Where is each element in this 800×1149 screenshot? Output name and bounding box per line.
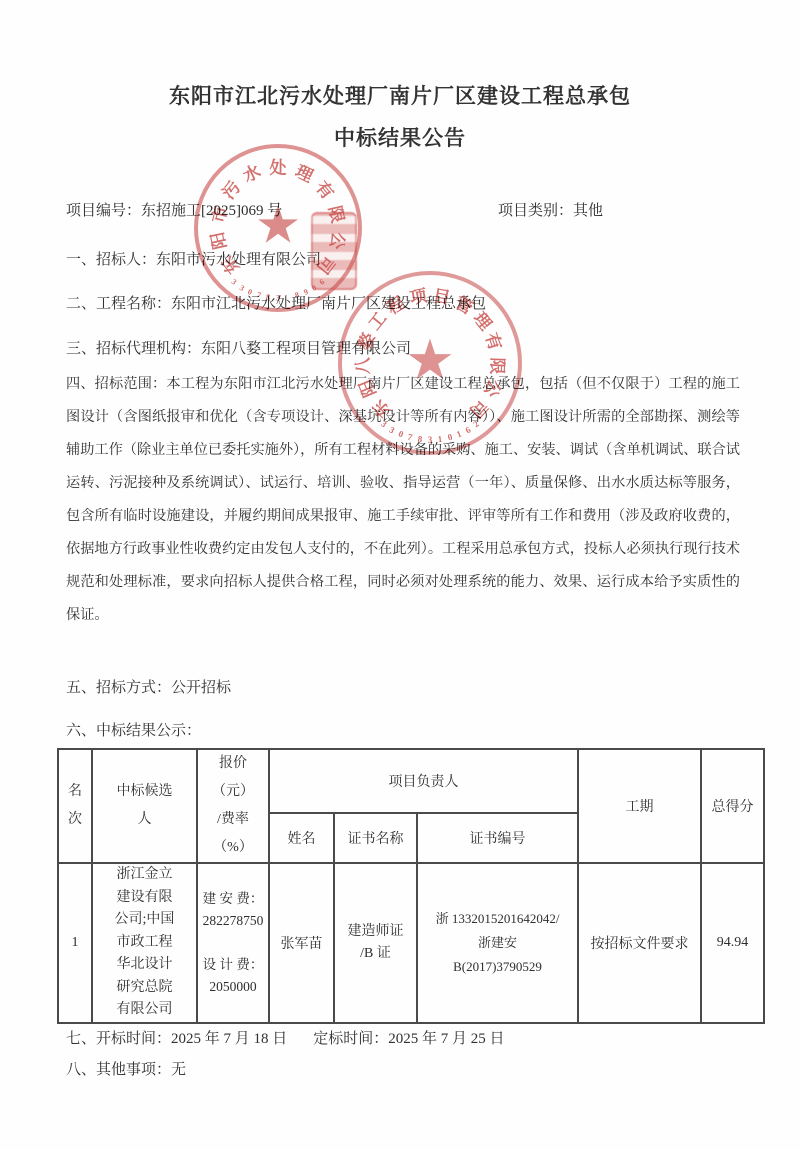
col-header-manager-group: 项目负责人 xyxy=(269,749,578,813)
project-number: 项目编号：东招施工[2025]069 号 xyxy=(66,199,282,220)
section-project-name: 二、工程名称：东阳市江北污水处理厂南片厂区建设工程总承包 xyxy=(66,292,486,313)
document-title-line1: 东阳市江北污水处理厂南片厂区建设工程总承包 xyxy=(0,80,800,110)
scanned-document-page: 东阳市江北污水处理厂南片厂区建设工程总承包 中标结果公告 项目编号：东招施工[2… xyxy=(0,0,800,1149)
section-agency: 三、招标代理机构：东阳八婺工程项目管理有限公司 xyxy=(66,337,411,358)
col-header-price: 报价（元） /费率（%） xyxy=(197,749,269,863)
col-header-rank: 名 次 xyxy=(58,749,92,863)
section-bidder: 一、招标人：东阳市污水处理有限公司 xyxy=(66,248,321,269)
open-bid-date: 七、开标时间：2025 年 7 月 18 日 xyxy=(66,1031,287,1047)
award-date: 定标时间：2025 年 7 月 25 日 xyxy=(313,1031,504,1047)
section-scope-paragraph: 四、招标范围：本工程为东阳市江北污水处理厂南片厂区建设工程总承包，包括（但不仅限… xyxy=(66,368,740,632)
col-header-cert-name: 证书名称 xyxy=(334,813,417,863)
cell-score: 94.94 xyxy=(701,863,764,1023)
col-header-manager-name: 姓名 xyxy=(269,813,334,863)
section-other: 八、其他事项：无 xyxy=(66,1058,186,1079)
col-header-cert-no: 证书编号 xyxy=(417,813,578,863)
cell-rank: 1 xyxy=(58,863,92,1023)
table-row: 1 浙江金立 建设有限 公司;中国 市政工程 华北设计 研究总院 有限公司 建 … xyxy=(58,863,764,1023)
cell-winner: 浙江金立 建设有限 公司;中国 市政工程 华北设计 研究总院 有限公司 xyxy=(92,863,197,1023)
section-method: 五、招标方式：公开招标 xyxy=(66,676,231,697)
section-result-heading: 六、中标结果公示： xyxy=(66,719,201,740)
col-header-score: 总得分 xyxy=(701,749,764,863)
cell-cert-no: 浙 1332015201642042/ 浙建安 B(2017)3790529 xyxy=(417,863,578,1023)
col-header-winner: 中标候选 人 xyxy=(92,749,197,863)
col-header-duration: 工期 xyxy=(578,749,701,863)
cell-price: 建 安 费： 282278750 设 计 费： 2050000 xyxy=(197,863,269,1023)
meta-row: 项目编号：东招施工[2025]069 号 项目类别：其他 xyxy=(66,199,734,220)
small-seal-fragment xyxy=(311,212,357,290)
project-category: 项目类别：其他 xyxy=(498,199,603,220)
section-dates: 七、开标时间：2025 年 7 月 18 日定标时间：2025 年 7 月 25… xyxy=(66,1027,505,1048)
bid-result-table: 名 次 中标候选 人 报价（元） /费率（%） 项目负责人 工期 总得分 姓名 … xyxy=(57,748,765,1024)
cell-cert-name: 建造师证 /B 证 xyxy=(334,863,417,1023)
cell-manager-name: 张军苗 xyxy=(269,863,334,1023)
document-title-line2: 中标结果公告 xyxy=(0,122,800,152)
cell-duration: 按招标文件要求 xyxy=(578,863,701,1023)
